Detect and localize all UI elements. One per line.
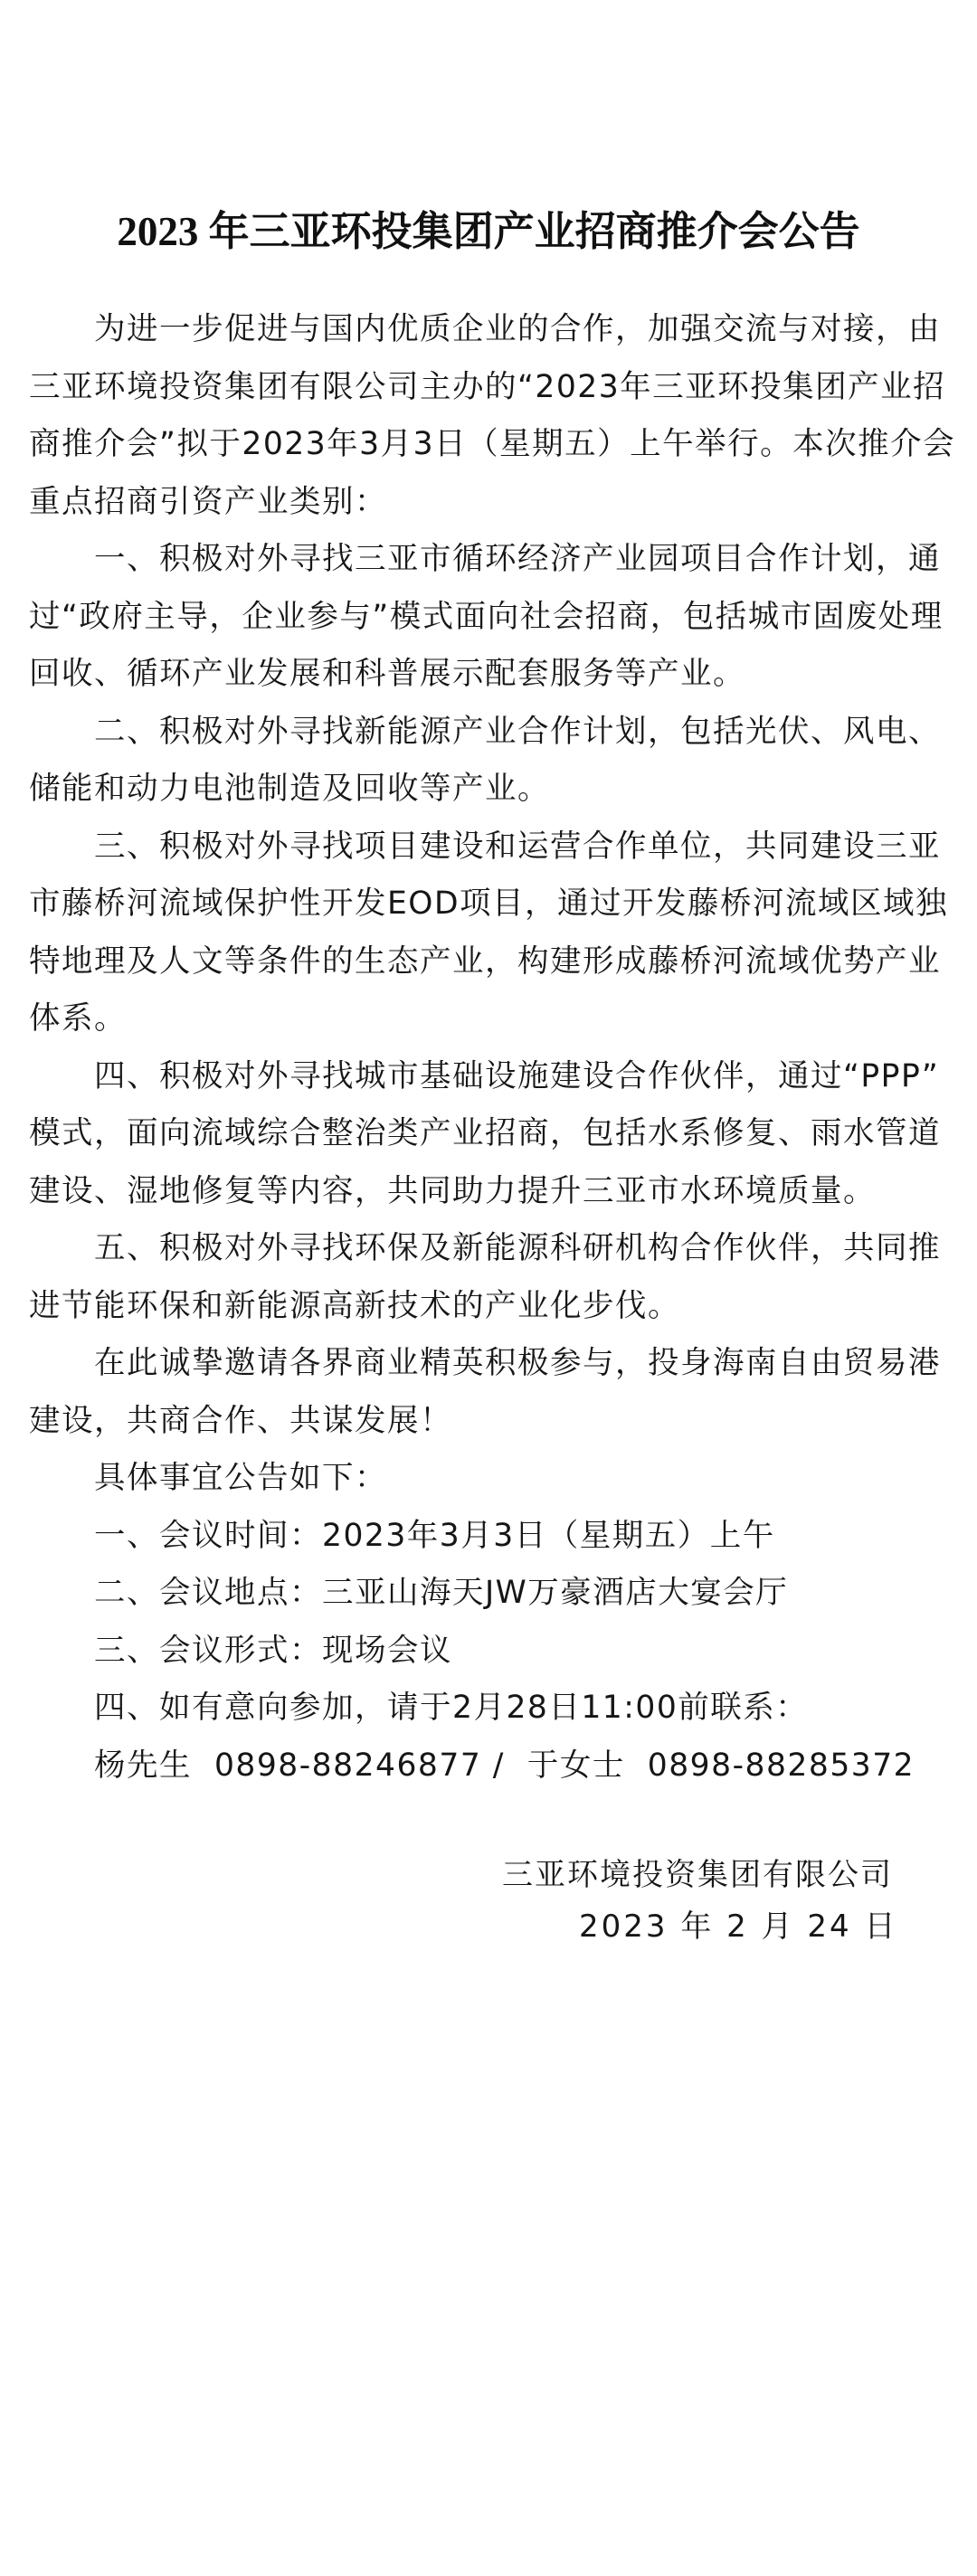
paragraph-line: 四、积极对外寻找城市基础设施建设合作伙伴，通过“PPP” <box>29 1048 952 1106</box>
detail-label: 一、会议时间： <box>94 1518 322 1554</box>
details-heading: 具体事宜公告如下： <box>29 1450 952 1508</box>
contact-phone: 0898-88285372 <box>648 1747 915 1784</box>
detail-item-contact: 四、如有意向参加，请于2月28日11:00前联系： <box>29 1680 952 1738</box>
detail-label: 三、会议形式： <box>94 1633 322 1669</box>
paragraph-line: 重点招商引资产业类别： <box>29 474 952 532</box>
paragraph-line: 一、积极对外寻找三亚市循环经济产业园项目合作计划，通 <box>29 531 952 589</box>
paragraph-category-4: 四、积极对外寻找城市基础设施建设合作伙伴，通过“PPP” 模式，面向流域综合整治… <box>29 1048 952 1221</box>
paragraph-category-2: 二、积极对外寻找新能源产业合作计划，包括光伏、风电、 储能和动力电池制造及回收等… <box>29 704 952 819</box>
paragraph-line: 商推介会”拟于2023年3月3日（星期五）上午举行。本次推介会 <box>29 416 952 474</box>
contact-line: 杨先生 0898-88246877 / 于女士 0898-88285372 <box>29 1738 952 1795</box>
paragraph-line: 建设、湿地修复等内容，共同助力提升三亚市水环境质量。 <box>29 1163 952 1221</box>
paragraph-line: 过“政府主导，企业参与”模式面向社会招商，包括城市固废处理 <box>29 589 952 647</box>
detail-label: 二、会议地点： <box>94 1575 322 1611</box>
paragraph-line: 特地理及人文等条件的生态产业，构建形成藤桥河流域优势产业 <box>29 933 952 991</box>
signature-organization: 三亚环境投资集团有限公司 <box>502 1850 893 1900</box>
signature-date: 2023 年 2 月 24 日 <box>579 1901 897 1952</box>
paragraph-category-5: 五、积极对外寻找环保及新能源科研机构合作伙伴，共同推 进节能环保和新能源高新技术… <box>29 1220 952 1335</box>
detail-item-location: 二、会议地点：三亚山海天JW万豪酒店大宴会厅 <box>29 1565 952 1623</box>
paragraph-line: 储能和动力电池制造及回收等产业。 <box>29 761 952 819</box>
contact-name: 杨先生 <box>94 1747 192 1784</box>
paragraph-line: 回收、循环产业发展和科普展示配套服务等产业。 <box>29 646 952 704</box>
detail-value: 现场会议 <box>322 1633 452 1669</box>
contact-phone: 0898-88246877 <box>214 1747 481 1784</box>
paragraph-line: 五、积极对外寻找环保及新能源科研机构合作伙伴，共同推 <box>29 1220 952 1278</box>
detail-value: 三亚山海天JW万豪酒店大宴会厅 <box>322 1575 788 1611</box>
document-title: 2023 年三亚环投集团产业招商推介会公告 <box>0 204 977 259</box>
paragraph-category-1: 一、积极对外寻找三亚市循环经济产业园项目合作计划，通 过“政府主导，企业参与”模… <box>29 531 952 704</box>
announcement-body: 为进一步促进与国内优质企业的合作，加强交流与对接，由 三亚环境投资集团有限公司主… <box>29 301 952 1795</box>
detail-item-time: 一、会议时间：2023年3月3日（星期五）上午 <box>29 1508 952 1566</box>
paragraph-line: 模式，面向流域综合整治类产业招商，包括水系修复、雨水管道 <box>29 1105 952 1163</box>
paragraph-line: 三亚环境投资集团有限公司主办的“2023年三亚环投集团产业招 <box>29 359 952 417</box>
paragraph-line: 为进一步促进与国内优质企业的合作，加强交流与对接，由 <box>29 301 952 359</box>
paragraph-intro: 为进一步促进与国内优质企业的合作，加强交流与对接，由 三亚环境投资集团有限公司主… <box>29 301 952 531</box>
detail-label: 四、如有意向参加， <box>94 1690 387 1726</box>
detail-value: 2023年3月3日（星期五）上午 <box>322 1518 775 1554</box>
detail-value: 请于2月28日11:00前联系： <box>387 1690 808 1726</box>
paragraph-line: 市藤桥河流域保护性开发EOD项目，通过开发藤桥河流域区域独 <box>29 876 952 933</box>
paragraph-line: 三、积极对外寻找项目建设和运营合作单位，共同建设三亚 <box>29 819 952 876</box>
paragraph-line: 建设，共商合作、共谋发展！ <box>29 1393 952 1451</box>
contact-name: 于女士 <box>527 1747 625 1784</box>
detail-item-format: 三、会议形式：现场会议 <box>29 1623 952 1681</box>
paragraph-line: 在此诚挚邀请各界商业精英积极参与，投身海南自由贸易港 <box>29 1335 952 1393</box>
paragraph-category-3: 三、积极对外寻找项目建设和运营合作单位，共同建设三亚 市藤桥河流域保护性开发EO… <box>29 819 952 1048</box>
paragraph-line: 体系。 <box>29 990 952 1048</box>
paragraph-invitation: 在此诚挚邀请各界商业精英积极参与，投身海南自由贸易港 建设，共商合作、共谋发展！ <box>29 1335 952 1450</box>
paragraph-line: 二、积极对外寻找新能源产业合作计划，包括光伏、风电、 <box>29 704 952 762</box>
details-list: 一、会议时间：2023年3月3日（星期五）上午 二、会议地点：三亚山海天JW万豪… <box>29 1508 952 1795</box>
paragraph-line: 进节能环保和新能源高新技术的产业化步伐。 <box>29 1278 952 1336</box>
